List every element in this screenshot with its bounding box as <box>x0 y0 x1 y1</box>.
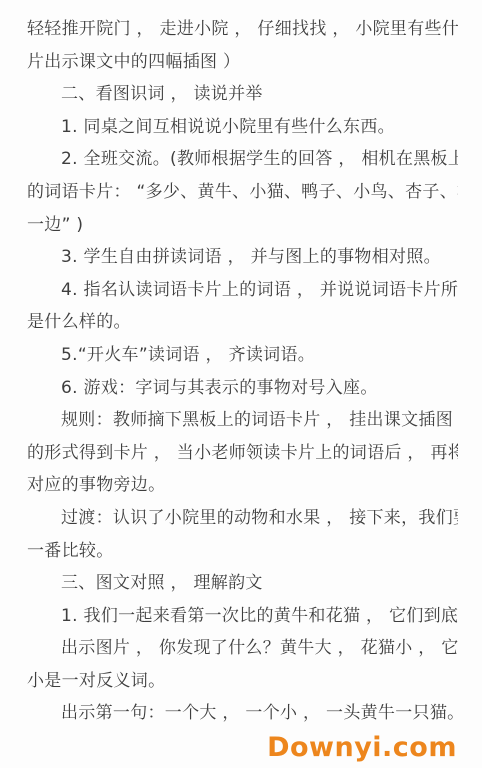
text-line: 一番比较。 <box>27 535 458 568</box>
text-line: 5.“开火车”读词语 ， 齐读词语。 <box>27 339 458 372</box>
text-line: 的词语卡片： “多少、黄牛、小猫、鸭子、小鸟、杏子、桃子、苹果、 <box>27 176 458 209</box>
text-line: 出示图片 ， 你发现了什么？黄牛大 ， 花猫小 ， 它们在比大小 ， 大 <box>27 632 458 665</box>
text-line: 1. 同桌之间互相说说小院里有些什么东西。 <box>27 111 458 144</box>
text-line: 一边” ) <box>27 209 458 242</box>
text-line: 小是一对反义词。 <box>27 665 458 698</box>
text-line: 出示第一句：一个大 ， 一个小 ， 一头黄牛一只猫。读了这句话 ， <box>27 697 458 730</box>
watermark-downyi: Downyi.com <box>267 732 457 763</box>
text-line: 的形式得到卡片 ， 当小老师领读卡片上的词语后 ， 再将它贴到图上相 <box>27 437 458 470</box>
text-line: 过渡：认识了小院里的动物和水果 ， 接下来，我们要对它们进行 <box>27 502 458 535</box>
text-line: 1. 我们一起来看第一次比的黄牛和花猫 ， 它们到底比什么呢？ <box>27 600 458 633</box>
text-line: 规则：教师摘下黑板上的词语卡片 ， 挂出课文插图 ， 学生以抢答 <box>27 404 458 437</box>
text-line: 轻轻推开院门 ， 走进小院 ， 仔细找找 ， 小院里有些什么东西？ （幻灯 <box>27 13 458 46</box>
text-line: 4. 指名认读词语卡片上的词语 ， 并说说词语卡片所表示的事物 <box>27 274 458 307</box>
text-line: 3. 学生自由拼读词语 ， 并与图上的事物相对照。 <box>27 241 458 274</box>
text-line: 对应的事物旁边。 <box>27 469 458 502</box>
text-line: 片出示课文中的四幅插图 ） <box>27 46 458 79</box>
document-page: 轻轻推开院门 ， 走进小院 ， 仔细找找 ， 小院里有些什么东西？ （幻灯 片出… <box>0 0 482 768</box>
section-heading: 三、图文对照 ， 理解韵文 <box>27 567 458 600</box>
text-line: 2. 全班交流。(教师根据学生的回答 ， 相机在黑板上贴出课文中 <box>27 143 458 176</box>
text-line: 6. 游戏：字词与其表示的事物对号入座。 <box>27 372 458 405</box>
section-heading: 二、看图识词 ， 读说并举 <box>27 78 458 111</box>
text-line: 是什么样的。 <box>27 306 458 339</box>
